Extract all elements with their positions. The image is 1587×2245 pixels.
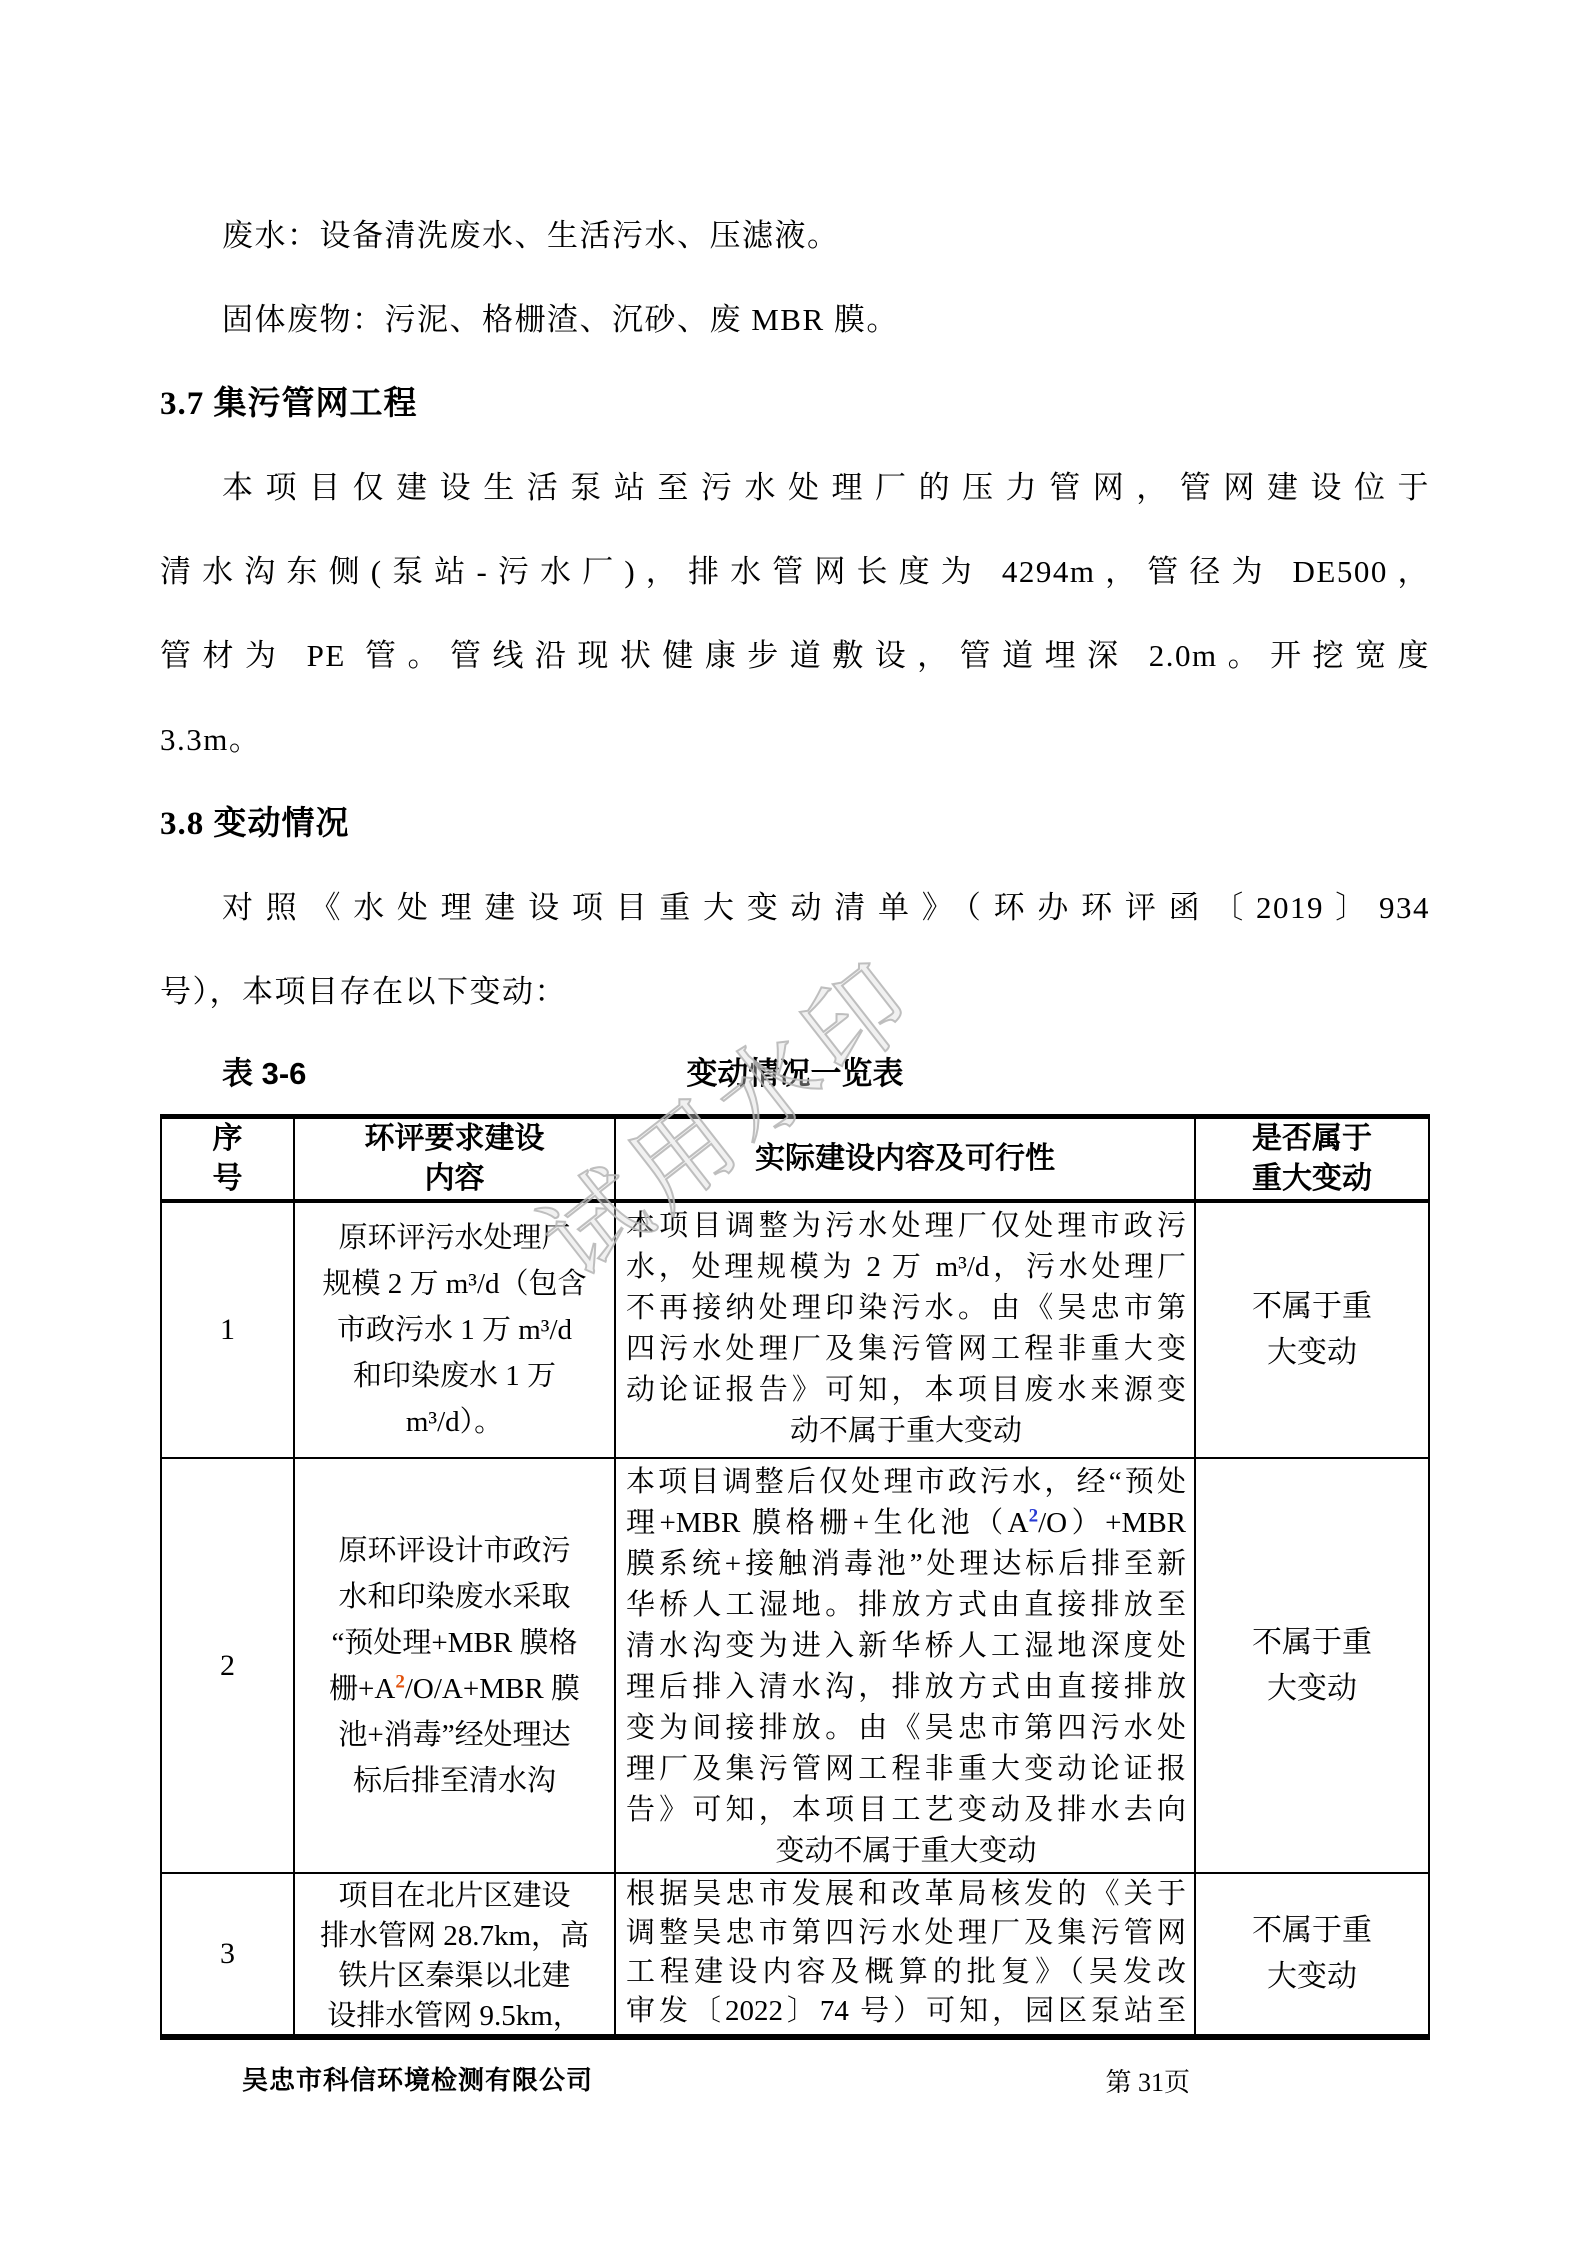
cell-actual-content: 本项目调整后仅处理市政污水，经“预处 理+MBR 膜格栅+生化池（A2/O）+M… [616, 1459, 1196, 1874]
page-content: 废水：设备清洗废水、生活污水、压滤液。 固体废物：污泥、格栅渣、沉砂、废 MBR… [160, 194, 1430, 2040]
header-actual-content: 实际建设内容及可行性 [616, 1119, 1196, 1203]
text-segment: 栅+A [329, 1673, 395, 1705]
row-number: 3 [162, 1874, 295, 2034]
cell-line: 变为间接排放。由《吴忠市第四污水处 [626, 1708, 1186, 1749]
header-line: 环评要求建设 [365, 1119, 545, 1159]
cell-line: 本项目调整后仅处理市政污水，经“预处 [626, 1462, 1186, 1503]
header-line: 实际建设内容及可行性 [755, 1139, 1055, 1179]
cell-line: 不属于重 [1252, 1284, 1372, 1330]
paragraph-line: 号），本项目存在以下变动： [160, 950, 1430, 1034]
cell-line: 和印染废水 1 万 [295, 1353, 614, 1399]
cell-eia-required: 项目在北片区建设 排水管网 28.7km，高 铁片区秦渠以北建 设排水管网 9.… [295, 1874, 616, 2034]
table-caption: 表 3-6 变动情况一览表 [160, 1034, 1430, 1114]
cell-line: 变动不属于重大变动 [626, 1831, 1186, 1872]
cell-major-change: 不属于重 大变动 [1196, 1203, 1428, 1459]
cell-line: 调整吴忠市第四污水处理厂及集污管网 [626, 1914, 1186, 1953]
cell-line: 大变动 [1267, 1330, 1357, 1376]
cell-line: 市政污水 1 万 m³/d [295, 1307, 614, 1353]
cell-line: 规模 2 万 m³/d（包含 [295, 1261, 614, 1307]
cell-line: m³/d）。 [295, 1399, 614, 1445]
paragraph-line: 清水沟东侧(泵站-污水厂)，排水管网长度为 4294m，管径为 DE500， [160, 530, 1430, 614]
cell-line: 栅+A2/O/A+MBR 膜 [295, 1666, 614, 1712]
cell-line: 不属于重 [1252, 1620, 1372, 1666]
cell-line: 根据吴忠市发展和改革局核发的《关于 [626, 1875, 1186, 1914]
header-line: 是否属于 [1252, 1119, 1372, 1159]
cell-line: 排水管网 28.7km，高 [295, 1916, 614, 1956]
footer-page-number: 第 31页 [1105, 2062, 1190, 2099]
cell-line: “预处理+MBR 膜格 [295, 1620, 614, 1666]
cell-line: 本项目调整为污水处理厂仅处理市政污 [626, 1206, 1186, 1247]
cell-line: 池+消毒”经处理达 [295, 1712, 614, 1758]
cell-line: 大变动 [1267, 1954, 1357, 2000]
text-segment: 理+MBR 膜格栅+生化池（A [626, 1507, 1029, 1539]
paragraph-line: 3.3m。 [160, 698, 1430, 782]
cell-line: 理+MBR 膜格栅+生化池（A2/O）+MBR [626, 1503, 1186, 1544]
header-eia-required: 环评要求建设 内容 [295, 1119, 616, 1203]
cell-line: 不再接纳处理印染污水。由《吴忠市第 [626, 1288, 1186, 1329]
cell-line: 四污水处理厂及集污管网工程非重大变 [626, 1329, 1186, 1370]
cell-line: 铁片区秦渠以北建 [295, 1956, 614, 1996]
document-page: 废水：设备清洗废水、生活污水、压滤液。 固体废物：污泥、格栅渣、沉砂、废 MBR… [0, 0, 1587, 2245]
cell-line: 标后排至清水沟 [295, 1758, 614, 1804]
superscript: 2 [395, 1671, 405, 1692]
section-heading-3-7: 3.7 集污管网工程 [160, 362, 1430, 446]
cell-line: 原环评污水处理厂 [295, 1215, 614, 1261]
cell-line: 大变动 [1267, 1666, 1357, 1712]
cell-line: 动论证报告》可知，本项目废水来源变 [626, 1370, 1186, 1411]
header-line: 号 [213, 1159, 243, 1199]
text-segment: /O/A+MBR 膜 [405, 1673, 580, 1705]
paragraph-line: 管材为 PE 管。管线沿现状健康步道敷设，管道埋深 2.0m。开挖宽度 [160, 614, 1430, 698]
row-number: 2 [162, 1459, 295, 1874]
row-number: 1 [162, 1203, 295, 1459]
header-line: 序 [213, 1119, 243, 1159]
cell-line: 理后排入清水沟，排放方式由直接排放 [626, 1667, 1186, 1708]
cell-major-change: 不属于重 大变动 [1196, 1874, 1428, 2034]
section-heading-3-8: 3.8 变动情况 [160, 782, 1430, 866]
header-line: 内容 [425, 1159, 485, 1199]
cell-line: 设排水管网 9.5km， [295, 1996, 614, 2034]
table-title: 变动情况一览表 [687, 1056, 904, 1091]
paragraph-line: 对照《水处理建设项目重大变动清单》（环办环评函〔2019〕934 [160, 866, 1430, 950]
header-major-change: 是否属于 重大变动 [1196, 1119, 1428, 1203]
cell-line: 工程建设内容及概算的批复》（吴发改 [626, 1953, 1186, 1992]
cell-line: 告》可知，本项目工艺变动及排水去向 [626, 1790, 1186, 1831]
text-segment: /O）+MBR [1038, 1507, 1186, 1539]
cell-eia-required: 原环评设计市政污 水和印染废水采取 “预处理+MBR 膜格 栅+A2/O/A+M… [295, 1459, 616, 1874]
paragraph-line: 本项目仅建设生活泵站至污水处理厂的压力管网，管网建设位于 [160, 446, 1430, 530]
footer-company-name: 吴忠市科信环境检测有限公司 [242, 2060, 593, 2097]
header-seq: 序 号 [162, 1119, 295, 1203]
cell-eia-required: 原环评污水处理厂 规模 2 万 m³/d（包含 市政污水 1 万 m³/d 和印… [295, 1203, 616, 1459]
paragraph-solid-waste: 固体废物：污泥、格栅渣、沉砂、废 MBR 膜。 [160, 278, 1430, 362]
cell-line: 华桥人工湿地。排放方式由直接排放至 [626, 1585, 1186, 1626]
header-line: 重大变动 [1252, 1159, 1372, 1199]
cell-line: 动不属于重大变动 [626, 1411, 1186, 1452]
cell-line: 理厂及集污管网工程非重大变动论证报 [626, 1749, 1186, 1790]
cell-line: 不属于重 [1252, 1908, 1372, 1954]
cell-actual-content: 本项目调整为污水处理厂仅处理市政污 水，处理规模为 2 万 m³/d，污水处理厂… [616, 1203, 1196, 1459]
cell-line: 清水沟变为进入新华桥人工湿地深度处 [626, 1626, 1186, 1667]
cell-line: 水，处理规模为 2 万 m³/d，污水处理厂 [626, 1247, 1186, 1288]
cell-actual-content: 根据吴忠市发展和改革局核发的《关于 调整吴忠市第四污水处理厂及集污管网 工程建设… [616, 1874, 1196, 2034]
cell-line: 膜系统+接触消毒池”处理达标后排至新 [626, 1544, 1186, 1585]
cell-line: 项目在北片区建设 [295, 1876, 614, 1916]
cell-line: 审发〔2022〕74 号）可知，园区泵站至 [626, 1992, 1186, 2031]
cell-line: 水和印染废水采取 [295, 1574, 614, 1620]
superscript: 2 [1029, 1505, 1039, 1526]
cell-major-change: 不属于重 大变动 [1196, 1459, 1428, 1874]
cell-line: 原环评设计市政污 [295, 1528, 614, 1574]
change-summary-table: 序 号 环评要求建设 内容 实际建设内容及可行性 是否属于 重大变动 1 原环评… [160, 1114, 1430, 2040]
table-number: 表 3-6 [222, 1034, 306, 1114]
paragraph-wastewater: 废水：设备清洗废水、生活污水、压滤液。 [160, 194, 1430, 278]
